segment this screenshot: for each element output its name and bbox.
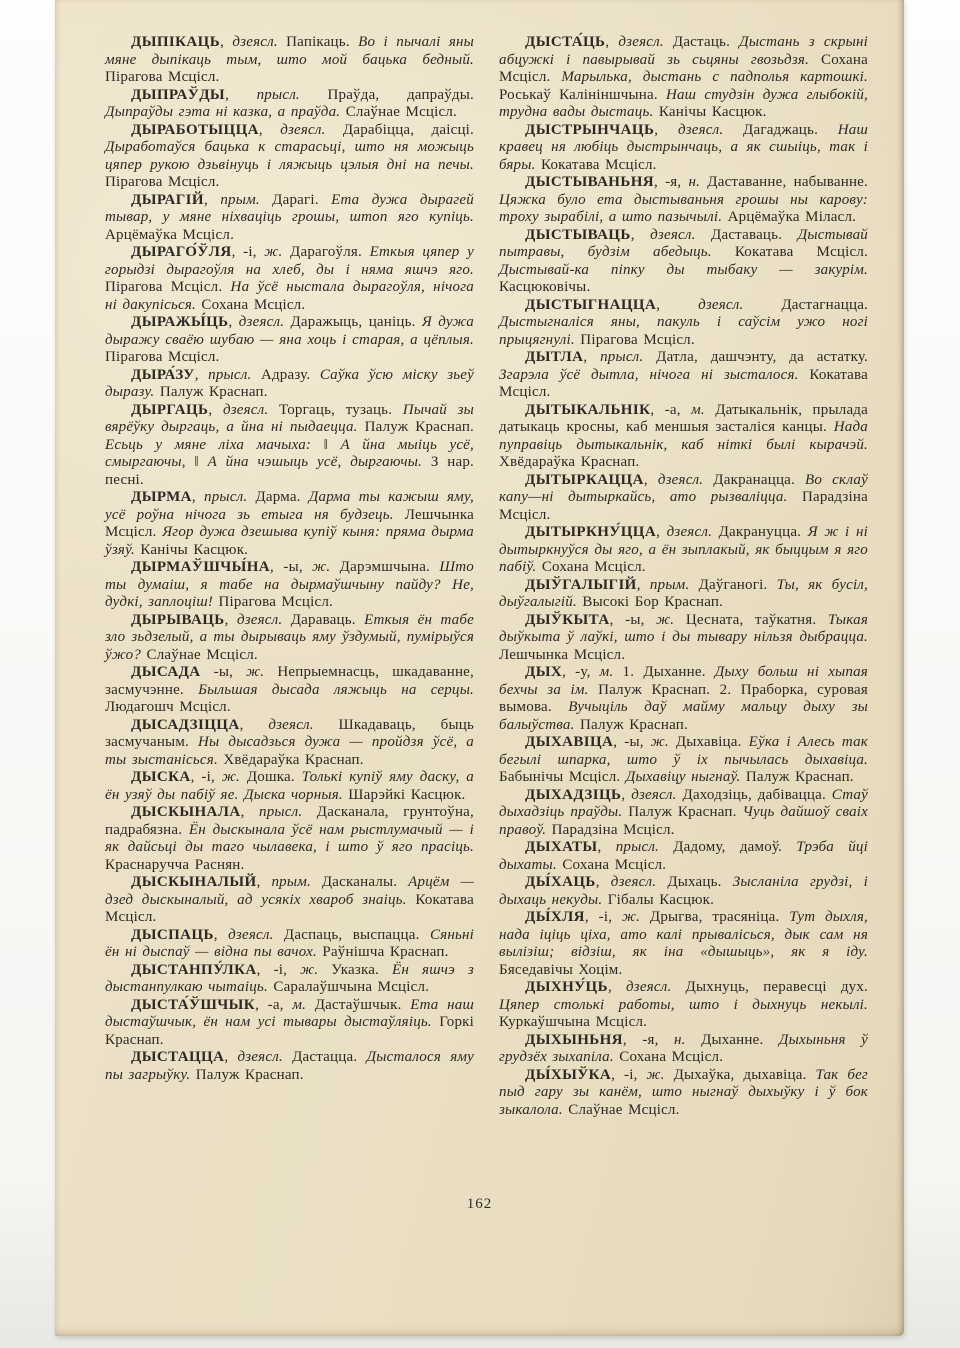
entry-example-text: ж. (300, 962, 318, 978)
entry-headword: ДЫХАВІЦА (525, 734, 613, 750)
entry-example-text: прысл. (204, 489, 247, 505)
entry-example-text: дзеясл. (232, 34, 277, 50)
entry-headword: ДЫСКЫНАЛЫЙ (131, 874, 257, 890)
entry-definition-text: Дошка. (240, 769, 302, 785)
dictionary-entry: ДЫХАВІЦА, -ы, ж. Дыхавіца. Еўка і Алесь … (499, 734, 868, 787)
dictionary-entry: ДЫ́ХАЦЬ, дзеясл. Дыхаць. Зысланіла грудз… (499, 874, 868, 909)
entry-headword: ДЫХНУ́ЦЬ (525, 979, 608, 995)
entry-definition-text: Даўганогі. (689, 577, 776, 593)
dictionary-entry: ДЫСТЫВАЦЬ, дзеясл. Даставаць. Дыстывай п… (499, 227, 868, 297)
entry-headword: ДЫХАТЫ (525, 839, 598, 855)
dictionary-entry: ДЫСТАНПУ́ЛКА, -і, ж. Указка. Ён яшчэ з д… (105, 962, 474, 997)
entry-example-text: н. (689, 174, 701, 190)
entry-headword: ДЫСТЫВАНЬНЯ (525, 174, 654, 190)
entry-example-text: прым. (220, 192, 259, 208)
entry-definition-text: Хвёдараўка Краснап. (499, 454, 639, 470)
entry-example-text: дзеясл. (626, 979, 671, 995)
entry-example-text: Дыпраўды гэта ні казка, а праўда. (105, 104, 346, 120)
entry-headword: ДЫСПАЦЬ (131, 927, 214, 943)
entry-definition-text: Сохана Мсцісл. (619, 1049, 723, 1065)
entry-definition-text: Палуж Краснап. (365, 419, 474, 435)
dictionary-entry: ДЫСТАЦЦА, дзеясл. Дастацца. Дысталося ям… (105, 1049, 474, 1084)
entry-definition-text: Даспаць, выспацца. (274, 927, 430, 943)
entry-example-text: ж. (264, 244, 282, 260)
entry-definition-text: Палуж Краснап. (196, 1067, 304, 1083)
entry-definition-text: , (228, 314, 238, 330)
dictionary-entry: ДЫСПАЦЬ, дзеясл. Даспаць, выспацца. Сянь… (105, 927, 474, 962)
entry-definition-text: Пірагова Мсцісл. (580, 332, 695, 348)
entry-definition-text: Папікаць. (278, 34, 358, 50)
dictionary-entry: ДЫРАБОТЫЦЦА, дзеясл. Дарабіцца, даісці. … (105, 122, 474, 192)
entry-definition-text: Датла, дашчэнту, да астатку. (643, 349, 868, 365)
entry-example-text: прым. (650, 577, 689, 593)
entry-example-text: н. (674, 1032, 686, 1048)
entry-definition-text: Пірагова Мсцісл. (105, 174, 220, 190)
entry-definition-text: , (214, 927, 228, 943)
entry-headword: ДЫСТЫВАЦЬ (525, 227, 631, 243)
dictionary-entry: ДЫСКЫНАЛА, прысл. Дасканала, грунтоўна, … (105, 804, 474, 874)
entry-definition-text: Шарэйкі Касцюк. (348, 787, 465, 803)
entry-definition-text: Кокатава Мсцісл. (541, 157, 657, 173)
entry-headword: ДЫСАДЗІЦЦА (131, 717, 240, 733)
entry-headword: ДЫХЫНЬНЯ (525, 1032, 623, 1048)
entry-example-text: дзеясл. (678, 122, 723, 138)
entry-headword: ДЫРМА (131, 489, 192, 505)
entry-headword: ДЫСТРЫНЧАЦЬ (525, 122, 654, 138)
entry-example-text: дзеясл. (698, 297, 743, 313)
entry-headword: ДЫРАЖЫ́ЦЬ (131, 314, 228, 330)
entry-example-text: ж. (647, 1067, 665, 1083)
dictionary-entry: ДЫХАДЗІЦЬ, дзеясл. Даходзіць, дабівацца.… (499, 787, 868, 840)
dictionary-entry: ДЫРМА, прысл. Дарма. Дарма ты кажыш яму,… (105, 489, 474, 559)
entry-definition-text: , -я, (654, 174, 689, 190)
entry-definition-text: , -і, (191, 769, 222, 785)
entry-definition-text: Палуж Краснап. (746, 769, 854, 785)
entry-definition-text: Хвёдараўка Краснап. (223, 752, 363, 768)
entry-example-text: дзеясл. (618, 34, 663, 50)
entry-example-text: Есьць у мяне ліха мачыха: ‖ А йна мыіць … (105, 437, 474, 471)
entry-definition-text: Праўда, дапраўды. (300, 87, 474, 103)
entry-example-text: дзеясл. (237, 1049, 282, 1065)
entry-definition-text: Дадому, дамоў. (659, 839, 796, 855)
entry-example-text: Марылька, дыстань с падполья картошкі. (561, 69, 868, 85)
entry-definition-text: Кокатава Мсцісл. (735, 244, 868, 260)
entry-definition-text: Бяседавічы Хоцім. (499, 962, 622, 978)
entry-headword: ДЫРМАЎШЧЫ́НА (131, 559, 270, 575)
entry-definition-text: , (192, 489, 204, 505)
dictionary-entry: ДЫХНУ́ЦЬ, дзеясл. Дыхнуць, перавесці дух… (499, 979, 868, 1032)
entry-example-text: м. (600, 664, 614, 680)
entry-definition-text: , -і, (585, 909, 622, 925)
entry-example-text: Дыработаўся бацька к старасьці, што ня м… (105, 139, 474, 173)
entry-headword: ДЫЎГАЛЫГІЙ (525, 577, 637, 593)
entry-headword: ДЫРЫВАЦЬ (131, 612, 225, 628)
entry-definition-text: , (644, 472, 658, 488)
dictionary-entry: ДЫТЫРКАЦЦА, дзеясл. Дакранацца. Во склаў… (499, 472, 868, 525)
entry-definition-text: Касцюковічы. (499, 279, 590, 295)
entry-example-text: ж. (312, 559, 330, 575)
entry-example-text: дзеясл. (237, 612, 282, 628)
entry-example-text: м. (292, 997, 306, 1013)
entry-definition-text: Дараваць. (282, 612, 364, 628)
entry-definition-text: , -ы, (613, 734, 650, 750)
entry-definition-text: , -а, (650, 402, 691, 418)
dictionary-entry: ДЫПРАЎДЫ, прысл. Праўда, дапраўды. Дыпра… (105, 87, 474, 122)
dictionary-entry: ДЫСКЫНАЛЫЙ, прым. Дасканалы. Арцём — дзе… (105, 874, 474, 927)
entry-definition-text: , (621, 787, 631, 803)
entry-definition-text: Торгаць, тузаць. (268, 402, 402, 418)
entry-definition-text: Дыхнуць, перавесці дух. (671, 979, 868, 995)
entry-definition-text: , (224, 1049, 237, 1065)
entry-definition-text: Даходзіць, дабівацца. (677, 787, 832, 803)
entry-example-text: Быльшая дысада ляжыць на серцы. (198, 682, 474, 698)
entry-headword: ДЫТЫРКАЦЦА (525, 472, 644, 488)
entry-headword: ДЫПРАЎДЫ (131, 87, 225, 103)
entry-definition-text: Адразу. (251, 367, 319, 383)
entry-definition-text: , (220, 34, 232, 50)
entry-definition-text: , -я, (623, 1032, 674, 1048)
entry-definition-text: , (631, 227, 650, 243)
entry-example-text: дзеясл. (650, 227, 695, 243)
entry-definition-text: , (225, 87, 257, 103)
entry-definition-text: Палуж Краснап. (580, 717, 688, 733)
entry-definition-text: , (608, 979, 626, 995)
entry-headword: ДЫЎКЫТА (525, 612, 610, 628)
entry-definition-text: Указка. (318, 962, 392, 978)
entry-definition-text: , (225, 612, 237, 628)
entry-definition-text: , -ы, (270, 559, 312, 575)
entry-definition-text: Дарма. (247, 489, 308, 505)
entry-definition-text: Пірагова Мсцісл. (105, 69, 220, 85)
entry-definition-text: Дыхаўка, дыхавіца. (665, 1067, 816, 1083)
entry-headword: ДЫСТАНПУ́ЛКА (131, 962, 257, 978)
entry-example-text: м. (691, 402, 705, 418)
entry-example-text: ж. (651, 734, 669, 750)
dictionary-entry: ДЫРАГО́ЎЛЯ, -і, ж. Дарагоўля. Еткыя цяпе… (105, 244, 474, 314)
dictionary-entry: ДЫТЫКАЛЬНІК, -а, м. Датыкальнік, прылада… (499, 402, 868, 472)
entry-definition-text: Дасканалы. (311, 874, 408, 890)
entry-headword: ДЫ́ХЛЯ (525, 909, 585, 925)
entry-example-text: дзеясл. (268, 717, 313, 733)
dictionary-entry: ДЫСТРЫНЧАЦЬ, дзеясл. Дагаджаць. Наш крав… (499, 122, 868, 175)
entry-example-text: прысл. (259, 804, 302, 820)
entry-definition-text: , (195, 367, 208, 383)
entry-definition-text: Дастаць. (664, 34, 739, 50)
dictionary-content: ДЫПІКАЦЬ, дзеясл. Папікаць. Во і пычалі … (105, 34, 868, 1119)
dictionary-entry: ДЫХЫНЬНЯ, -я, н. Дыханне. Дыхыньня ў гру… (499, 1032, 868, 1067)
entry-definition-text: , (637, 577, 650, 593)
dictionary-entry: ДЫРАГІЙ, прым. Дарагі. Ета дужа дырагей … (105, 192, 474, 245)
page-number: 162 (55, 1196, 904, 1213)
entry-example-text: дзеясл. (228, 927, 273, 943)
entry-headword: ДЫСТЫГНАЦЦА (525, 297, 656, 313)
entry-example-text: дзеясл. (223, 402, 268, 418)
entry-headword: ДЫПІКАЦЬ (131, 34, 220, 50)
entry-headword: ДЫРАБОТЫЦЦА (131, 122, 259, 138)
entry-definition-text: Пірагова Мсцісл. (219, 594, 334, 610)
dictionary-entry: ДЫСАДЗІЦЦА, дзеясл. Шкадаваць, быць засм… (105, 717, 474, 770)
entry-definition-text: Дыхавіца. (669, 734, 749, 750)
entry-headword: ДЫСТА́ЦЬ (525, 34, 605, 50)
entry-definition-text: Цесната, таўкатня. (674, 612, 828, 628)
entry-definition-text: Дарэмшчына. (330, 559, 439, 575)
entry-definition-text: , (654, 122, 678, 138)
dictionary-column-right: ДЫСТА́ЦЬ, дзеясл. Дастаць. Дыстань з скр… (499, 34, 868, 1119)
dictionary-entry: ДЫТЫРКНУ́ЦЦА, дзеясл. Дакрануцца. Я ж і … (499, 524, 868, 577)
entry-definition-text: Бабынічы Мсцісл. (499, 769, 626, 785)
entry-definition-text: , -у, (562, 664, 600, 680)
dictionary-entry: ДЫРЫВАЦЬ, дзеясл. Дараваць. Еткыя ён таб… (105, 612, 474, 665)
entry-definition-text: Слаўнае Мсцісл. (346, 104, 457, 120)
entry-definition-text: , -а, (255, 997, 292, 1013)
dictionary-entry: ДЫЎГАЛЫГІЙ, прым. Даўганогі. Ты, як бусі… (499, 577, 868, 612)
entry-example-text: прым. (271, 874, 310, 890)
dictionary-entry: ДЫЎКЫТА, -ы, ж. Цесната, таўкатня. Тыкая… (499, 612, 868, 665)
entry-example-text: дзеясл. (667, 524, 712, 540)
entry-definition-text: , (208, 402, 223, 418)
entry-headword: ДЫ́ХАЦЬ (525, 874, 596, 890)
entry-definition-text: , (605, 34, 618, 50)
entry-example-text: прысл. (616, 839, 659, 855)
entry-definition-text: Дакранацца. (703, 472, 805, 488)
entry-definition-text: Палуж Краснап. (628, 804, 742, 820)
entry-example-text: дзеясл. (631, 787, 676, 803)
dictionary-entry: ДЫРА́ЗУ, прысл. Адразу. Саўка ўсю міску … (105, 367, 474, 402)
entry-definition-text: Слаўнае Мсцісл. (568, 1102, 679, 1118)
entry-headword: ДЫРА́ЗУ (131, 367, 195, 383)
entry-definition-text: Парадзіна Мсцісл. (552, 822, 675, 838)
entry-definition-text: Лешчынка Мсцісл. (499, 647, 625, 663)
entry-headword: ДЫРАГІЙ (131, 192, 204, 208)
entry-definition-text: Пірагова Мсцісл. (105, 279, 231, 295)
dictionary-entry: ДЫСТЫВАНЬНЯ, -я, н. Даставанне, набыванн… (499, 174, 868, 227)
dictionary-entry: ДЫТЛА, прысл. Датла, дашчэнту, да астатк… (499, 349, 868, 402)
entry-definition-text: Гібалы Касцюк. (608, 892, 714, 908)
entry-example-text: дзеясл. (611, 874, 656, 890)
entry-headword: ДЫРАГО́ЎЛЯ (131, 244, 232, 260)
entry-example-text: Цяпер столькі работы, што і дыхнуць некы… (499, 997, 868, 1013)
entry-example-text: Згарэла ўсё дытла, нічога ні зысталося. (499, 367, 809, 383)
dictionary-entry: ДЫСАДА -ы, ж. Непрыемнасць, шкадаванне, … (105, 664, 474, 717)
entry-example-text: дзеясл. (658, 472, 703, 488)
entry-definition-text: Дастагнацца. (743, 297, 868, 313)
entry-example-text: Дыстывай-ка піпку ды тыбаку — закурім. (499, 262, 868, 278)
dictionary-entry: ДЫРГАЦЬ, дзеясл. Торгаць, тузаць. Пычай … (105, 402, 474, 490)
entry-definition-text: , -і, (232, 244, 265, 260)
entry-definition-text: Даставанне, набыванне. (700, 174, 868, 190)
entry-definition-text: Пірагова Мсцісл. (105, 349, 220, 365)
entry-definition-text: Раўнішча Краснап. (322, 944, 448, 960)
entry-headword: ДЫСТА́ЎШЧЫК (131, 997, 255, 1013)
entry-definition-text: , (656, 524, 667, 540)
dictionary-entry: ДЫСТА́ЎШЧЫК, -а, м. Дастаўшчык. Ета наш … (105, 997, 474, 1050)
dictionary-entry: ДЫРМАЎШЧЫ́НА, -ы, ж. Дарэмшчына. Што ты … (105, 559, 474, 612)
entry-definition-text: Дарагі. (260, 192, 331, 208)
entry-headword: ДЫТЫРКНУ́ЦЦА (525, 524, 656, 540)
entry-definition-text: Дарабіцца, даісці. (326, 122, 474, 138)
dictionary-entry: ДЫСТЫГНАЦЦА, дзеясл. Дастагнацца. Дыстыг… (499, 297, 868, 350)
dictionary-entry: ДЫПІКАЦЬ, дзеясл. Папікаць. Во і пычалі … (105, 34, 474, 87)
entry-definition-text: Роськаў Калініншчына. (499, 87, 666, 103)
dictionary-entry: ДЫСТА́ЦЬ, дзеясл. Дастаць. Дыстань з скр… (499, 34, 868, 122)
dictionary-entry: ДЫ́ХЛЯ, -і, ж. Дрыгва, трасяніца. Тут ды… (499, 909, 868, 979)
entry-definition-text: -ы, (201, 664, 247, 680)
entry-definition-text: Дастацца. (283, 1049, 367, 1065)
entry-example-text: ж. (246, 664, 264, 680)
entry-definition-text: , -і, (611, 1067, 646, 1083)
entry-example-text: прысл. (208, 367, 251, 383)
entry-definition-text: Дарагоўля. (282, 244, 369, 260)
entry-example-text: ж. (656, 612, 674, 628)
dictionary-entry: ДЫРАЖЫ́ЦЬ, дзеясл. Даражыць, цаніць. Я д… (105, 314, 474, 367)
entry-headword: ДЫСКА (131, 769, 191, 785)
entry-definition-text: , (257, 874, 272, 890)
text-columns: ДЫПІКАЦЬ, дзеясл. Папікаць. Во і пычалі … (105, 34, 868, 1119)
entry-definition-text: , (598, 839, 616, 855)
entry-definition-text: Куркаўшчына Мсцісл. (499, 1014, 647, 1030)
entry-definition-text: Дыханне. (686, 1032, 779, 1048)
entry-headword: ДЫРГАЦЬ (131, 402, 208, 418)
entry-definition-text: Даражыць, цаніць. (284, 314, 422, 330)
entry-definition-text: , (259, 122, 280, 138)
entry-definition-text: , (204, 192, 220, 208)
entry-example-text: Дыхавіцу ныгнаў. (626, 769, 746, 785)
entry-example-text: дзеясл. (239, 314, 284, 330)
entry-definition-text: Канічы Касцюк. (659, 104, 767, 120)
entry-definition-text: 1. Дыханне. (613, 664, 714, 680)
entry-definition-text: Сохана Мсцісл. (542, 559, 646, 575)
entry-definition-text: Высокі Бор Краснап. (582, 594, 723, 610)
entry-definition-text: , -ы, (610, 612, 657, 628)
entry-definition-text: Дагаджаць. (723, 122, 837, 138)
entry-definition-text: Дрыгва, трасяніца. (640, 909, 789, 925)
dictionary-entry: ДЫХАТЫ, прысл. Дадому, дамоў. Трэба йці … (499, 839, 868, 874)
entry-definition-text: Сохана Мсцісл. (562, 857, 666, 873)
entry-example-text: дзеясл. (280, 122, 325, 138)
entry-headword: ДЫСТАЦЦА (131, 1049, 224, 1065)
entry-headword: ДЫХ (525, 664, 562, 680)
entry-headword: ДЫТЛА (525, 349, 583, 365)
entry-headword: ДЫТЫКАЛЬНІК (525, 402, 650, 418)
dictionary-entry: ДЫХ, -у, м. 1. Дыханне. Дыху больш ні хы… (499, 664, 868, 734)
entry-example-text: прысл. (257, 87, 300, 103)
entry-definition-text: Арцёмаўка Мсцісл. (105, 227, 234, 243)
entry-definition-text: , (241, 804, 259, 820)
entry-definition-text: Дастаўшчык. (306, 997, 410, 1013)
entry-definition-text: Канічы Касцюк. (140, 542, 248, 558)
entry-definition-text: , -і, (257, 962, 300, 978)
entry-headword: ДЫСАДА (131, 664, 201, 680)
entry-definition-text: Даставаць. (696, 227, 798, 243)
entry-definition-text: Палуж Краснап. (160, 384, 268, 400)
entry-example-text: прысл. (600, 349, 643, 365)
dictionary-column-left: ДЫПІКАЦЬ, дзеясл. Папікаць. Во і пычалі … (105, 34, 474, 1119)
dictionary-entry: ДЫ́ХЫЎКА, -і, ж. Дыхаўка, дыхавіца. Так … (499, 1067, 868, 1120)
entry-example-text: ж. (622, 909, 640, 925)
dictionary-entry: ДЫСКА, -і, ж. Дошка. Толькі купіў яму да… (105, 769, 474, 804)
entry-headword: ДЫХАДЗІЦЬ (525, 787, 621, 803)
entry-definition-text: Дакрануцца. (712, 524, 808, 540)
entry-definition-text: Слаўнае Мсцісл. (147, 647, 258, 663)
entry-definition-text: Арцёмаўка Міласл. (728, 209, 856, 225)
entry-definition-text: Людагошч Мсцісл. (105, 699, 231, 715)
entry-definition-text: Саралаўшчына Мсцісл. (273, 979, 429, 995)
entry-definition-text: , (583, 349, 600, 365)
entry-example-text: ж. (222, 769, 240, 785)
entry-headword: ДЫСКЫНАЛА (131, 804, 241, 820)
entry-definition-text: Краснаручча Раснян. (105, 857, 244, 873)
entry-definition-text: Сохана Мсцісл. (201, 297, 305, 313)
entry-definition-text: , (596, 874, 611, 890)
entry-definition-text: , (240, 717, 269, 733)
entry-definition-text: Дыхаць. (656, 874, 733, 890)
entry-definition-text: , (656, 297, 698, 313)
entry-headword: ДЫ́ХЫЎКА (525, 1067, 611, 1083)
